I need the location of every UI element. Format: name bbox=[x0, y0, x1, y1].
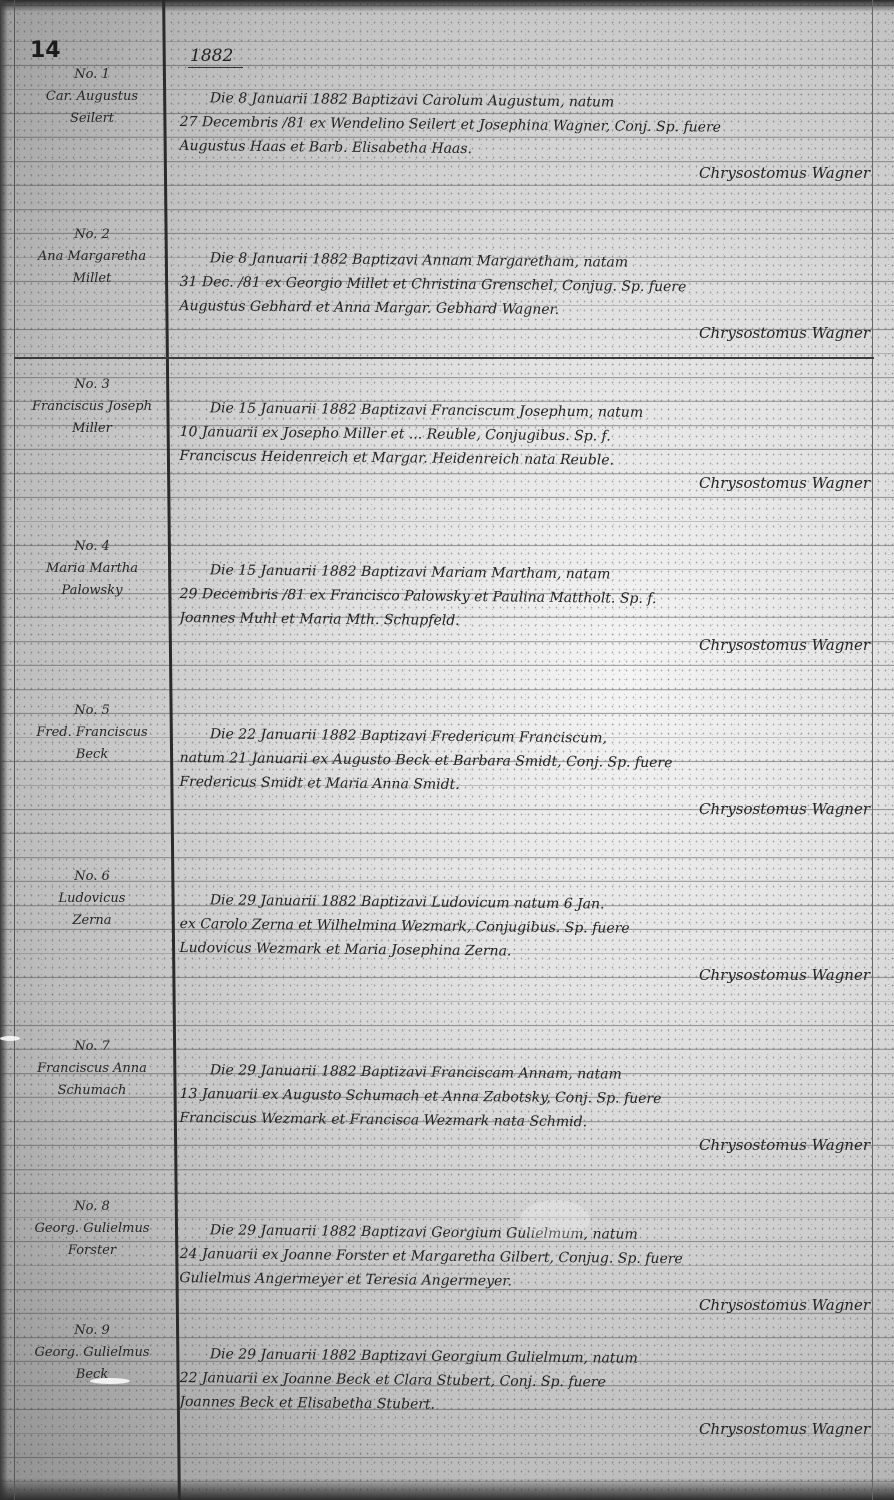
register-page: 14 1882 No. 1Car. AugustusSeilertDie 8 J… bbox=[0, 0, 894, 1500]
child-name-line: Georg. Gulielmus bbox=[14, 1218, 170, 1240]
child-name-line: Car. Augustus bbox=[14, 86, 170, 108]
entry-number: No. 4 bbox=[14, 536, 170, 558]
entry-record-text: Die 22 Januarii 1882 Baptizavi Fredericu… bbox=[179, 722, 870, 801]
paper-blemish bbox=[90, 1378, 130, 1384]
entry-record-text: Die 29 Januarii 1882 Baptizavi Francisca… bbox=[179, 1058, 870, 1137]
child-name-line: Maria Martha bbox=[14, 558, 170, 580]
entry-margin-name: No. 9Georg. GulielmusBeck bbox=[14, 1320, 170, 1386]
entry-margin-name: No. 7Franciscus AnnaSchumach bbox=[14, 1036, 170, 1102]
entry-record-text: Die 15 Januarii 1882 Baptizavi Mariam Ma… bbox=[179, 558, 870, 637]
entry-number: No. 9 bbox=[14, 1320, 170, 1342]
entry-number: No. 5 bbox=[14, 700, 170, 722]
child-name-line: Seilert bbox=[14, 108, 170, 130]
priest-signature: Chrysostomus Wagner bbox=[570, 1420, 870, 1438]
entry-margin-name: No. 8Georg. GulielmusForster bbox=[14, 1196, 170, 1262]
page-number: 14 bbox=[30, 38, 61, 63]
paper-blemish bbox=[520, 1200, 590, 1240]
priest-signature: Chrysostomus Wagner bbox=[570, 1296, 870, 1314]
entry-number: No. 6 bbox=[14, 866, 170, 888]
child-name-line: Georg. Gulielmus bbox=[14, 1342, 170, 1364]
entry-record-text: Die 8 Januarii 1882 Baptizavi Carolum Au… bbox=[179, 86, 870, 165]
year-heading: 1882 bbox=[188, 46, 243, 68]
entry-margin-name: No. 3Franciscus JosephMiller bbox=[14, 374, 170, 440]
entry-margin-name: No. 2Ana MargarethaMillet bbox=[14, 224, 170, 290]
child-name-line: Beck bbox=[14, 744, 170, 766]
priest-signature: Chrysostomus Wagner bbox=[570, 800, 870, 818]
child-name-line: Franciscus Anna bbox=[14, 1058, 170, 1080]
priest-signature: Chrysostomus Wagner bbox=[570, 966, 870, 984]
scan-top-shadow bbox=[0, 0, 894, 12]
child-name-line: Miller bbox=[14, 418, 170, 440]
child-name-line: Palowsky bbox=[14, 580, 170, 602]
entry-number: No. 2 bbox=[14, 224, 170, 246]
entry-margin-name: No. 6LudovicusZerna bbox=[14, 866, 170, 932]
child-name-line: Forster bbox=[14, 1240, 170, 1262]
entry-number: No. 3 bbox=[14, 374, 170, 396]
entry-record-text: Die 29 Januarii 1882 Baptizavi Georgium … bbox=[179, 1342, 870, 1421]
child-name-line: Zerna bbox=[14, 910, 170, 932]
priest-signature: Chrysostomus Wagner bbox=[570, 324, 870, 342]
paper-blemish bbox=[0, 1036, 20, 1041]
entry-margin-name: No. 1Car. AugustusSeilert bbox=[14, 64, 170, 130]
child-name-line: Millet bbox=[14, 268, 170, 290]
entry-divider-stroke bbox=[14, 357, 874, 359]
right-margin-rule bbox=[872, 0, 873, 1500]
child-name-line: Franciscus Joseph bbox=[14, 396, 170, 418]
entry-margin-name: No. 5Fred. FranciscusBeck bbox=[14, 700, 170, 766]
child-name-line: Ana Margaretha bbox=[14, 246, 170, 268]
priest-signature: Chrysostomus Wagner bbox=[570, 1136, 870, 1154]
entry-record-text: Die 29 Januarii 1882 Baptizavi Ludovicum… bbox=[179, 888, 870, 967]
scan-left-edge bbox=[0, 0, 8, 1500]
child-name-line: Beck bbox=[14, 1364, 170, 1386]
scan-bottom-shadow bbox=[0, 1478, 894, 1500]
entry-record-text: Die 15 Januarii 1882 Baptizavi Franciscu… bbox=[179, 396, 870, 475]
child-name-line: Fred. Franciscus bbox=[14, 722, 170, 744]
entry-number: No. 1 bbox=[14, 64, 170, 86]
entry-record-text: Die 8 Januarii 1882 Baptizavi Annam Marg… bbox=[179, 246, 870, 325]
priest-signature: Chrysostomus Wagner bbox=[570, 474, 870, 492]
entry-margin-name: No. 4Maria MarthaPalowsky bbox=[14, 536, 170, 602]
priest-signature: Chrysostomus Wagner bbox=[570, 636, 870, 654]
child-name-line: Ludovicus bbox=[14, 888, 170, 910]
child-name-line: Schumach bbox=[14, 1080, 170, 1102]
entry-number: No. 7 bbox=[14, 1036, 170, 1058]
priest-signature: Chrysostomus Wagner bbox=[570, 164, 870, 182]
entry-number: No. 8 bbox=[14, 1196, 170, 1218]
